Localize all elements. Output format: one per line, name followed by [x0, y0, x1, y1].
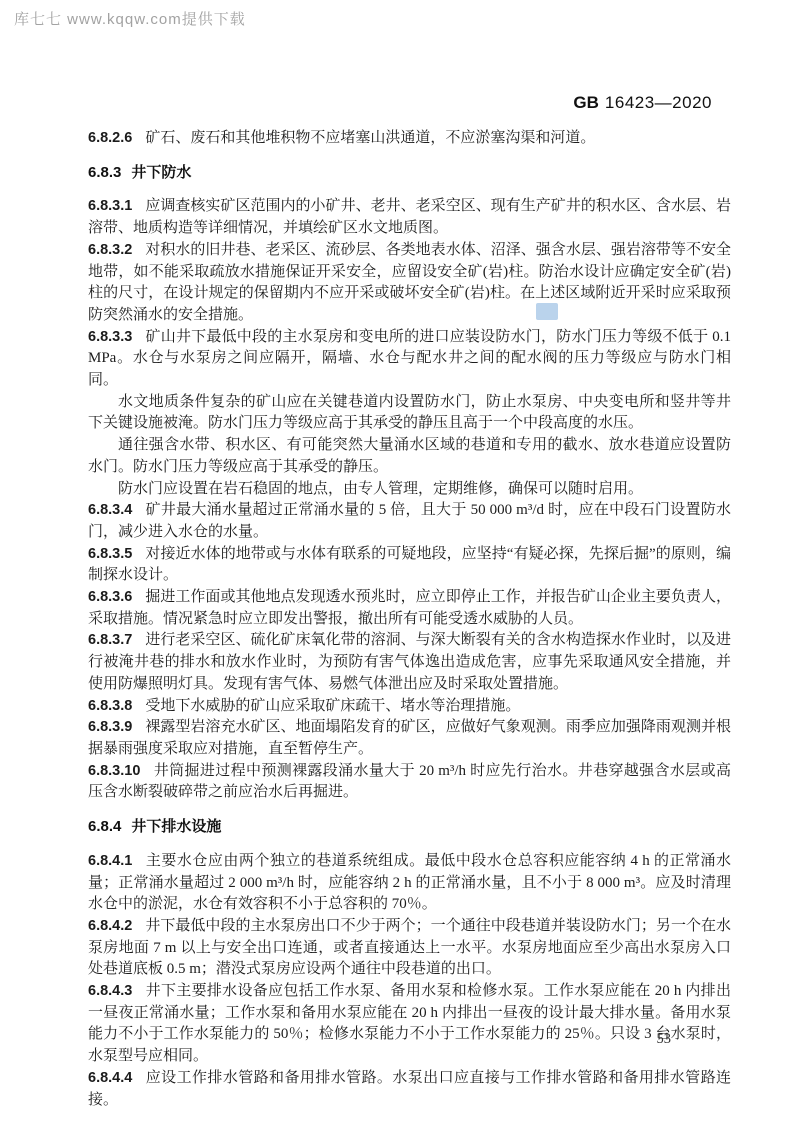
clause-6.8.4.4: 6.8.4.4应设工作排水管路和备用排水管路。水泵出口应直接与工作排水管路和备用… — [88, 1068, 731, 1111]
paragraph-water-doors-maintenance: 防水门应设置在岩石稳固的地点，由专人管理，定期维修，确保可以随时启用。 — [88, 479, 731, 501]
clause-number: 6.8.3.10 — [88, 763, 140, 779]
clause-6.8.3.9: 6.8.3.9裸露型岩溶充水矿区、地面塌陷发育的矿区，应做好气象观测。雨季应加强… — [88, 717, 731, 760]
clause-text: 裸露型岩溶充水矿区、地面塌陷发育的矿区，应做好气象观测。雨季应加强降雨观测并根据… — [88, 719, 731, 757]
section-heading-6.8.4: 6.8.4井下排水设施 — [88, 816, 731, 838]
section-heading-6.8.3: 6.8.3井下防水 — [88, 162, 731, 184]
paragraph-water-doors-key-tunnels: 水文地质条件复杂的矿山应在关键巷道内设置防水门，防止水泵房、中央变电所和竖井等井… — [88, 392, 731, 435]
clause-number: 6.8.4.3 — [88, 983, 132, 999]
clause-text: 掘进工作面或其他地点发现透水预兆时，应立即停止工作，并报告矿山企业主要负责人，采… — [88, 589, 731, 627]
clause-number: 6.8.2.6 — [88, 130, 132, 146]
clause-number: 6.8.3.9 — [88, 719, 132, 735]
clause-number: 6.8.4.4 — [88, 1070, 132, 1086]
clause-number: 6.8.3.5 — [88, 546, 132, 562]
clause-6.8.3.2: 6.8.3.2对积水的旧井巷、老采区、流砂层、各类地表水体、沼泽、强含水层、强岩… — [88, 240, 731, 327]
clause-6.8.3.5: 6.8.3.5对接近水体的地带或与水体有联系的可疑地段，应坚持“有疑必探，先探后… — [88, 544, 731, 587]
clause-number: 6.8.3.8 — [88, 698, 132, 714]
clause-text: 矿石、废石和其他堆积物不应堵塞山洪通道，不应淤塞沟渠和河道。 — [145, 130, 595, 146]
standard-header: GB16423—2020 — [573, 93, 712, 113]
clause-6.8.4.3: 6.8.4.3井下主要排水设备应包括工作水泵、备用水泵和检修水泵。工作水泵应能在… — [88, 981, 731, 1068]
clause-number: 6.8.3.7 — [88, 632, 132, 648]
clause-6.8.3.1: 6.8.3.1应调查核实矿区范围内的小矿井、老井、老采空区、现有生产矿井的积水区… — [88, 196, 731, 239]
clause-6.8.4.2: 6.8.4.2井下最低中段的主水泵房出口不少于两个；一个通往中段巷道并装设防水门… — [88, 916, 731, 981]
document-body: 6.8.2.6矿石、废石和其他堆积物不应堵塞山洪通道，不应淤塞沟渠和河道。 6.… — [88, 128, 731, 1111]
clause-text: 进行老采空区、硫化矿床氧化带的溶洞、与深大断裂有关的含水构造探水作业时，以及进行… — [88, 632, 731, 691]
clause-6.8.3.6: 6.8.3.6掘进工作面或其他地点发现透水预兆时，应立即停止工作，并报告矿山企业… — [88, 587, 731, 630]
paragraph-text: 防水门应设置在岩石稳固的地点，由专人管理，定期维修，确保可以随时启用。 — [118, 481, 643, 497]
paragraph-text: 通往强含水带、积水区、有可能突然大量涌水区域的巷道和专用的截水、放水巷道应设置防… — [88, 437, 731, 475]
heading-title: 井下防水 — [131, 164, 191, 181]
clause-text: 主要水仓应由两个独立的巷道系统组成。最低中段水仓总容积应能容纳 4 h 的正常涌… — [88, 853, 731, 912]
clause-6.8.3.4: 6.8.3.4矿井最大涌水量超过正常涌水量的 5 倍，且大于 50 000 m³… — [88, 500, 731, 543]
site-watermark-text: 库七七 www.kqqw.com提供下载 — [14, 8, 246, 29]
clause-text: 应调查核实矿区范围内的小矿井、老井、老采空区、现有生产矿井的积水区、含水层、岩溶… — [88, 198, 731, 236]
paragraph-water-doors-inflow-areas: 通往强含水带、积水区、有可能突然大量涌水区域的巷道和专用的截水、放水巷道应设置防… — [88, 435, 731, 478]
standard-number: 16423—2020 — [605, 93, 712, 112]
heading-number: 6.8.4 — [88, 818, 121, 835]
clause-number: 6.8.3.6 — [88, 589, 132, 605]
clause-number: 6.8.4.2 — [88, 918, 132, 934]
document-page: 库七七 www.kqqw.com提供下载 GB16423—2020 6.8.2.… — [0, 0, 793, 1122]
clause-text: 井下主要排水设备应包括工作水泵、备用水泵和检修水泵。工作水泵应能在 20 h 内… — [88, 983, 731, 1064]
clause-6.8.3.7: 6.8.3.7进行老采空区、硫化矿床氧化带的溶洞、与深大断裂有关的含水构造探水作… — [88, 630, 731, 695]
clause-number: 6.8.3.3 — [88, 329, 132, 345]
heading-number: 6.8.3 — [88, 164, 121, 181]
clause-number: 6.8.3.1 — [88, 198, 132, 214]
clause-number: 6.8.4.1 — [88, 853, 132, 869]
clause-text: 井下最低中段的主水泵房出口不少于两个；一个通往中段巷道并装设防水门；另一个在水泵… — [88, 918, 731, 977]
clause-text: 矿山井下最低中段的主水泵房和变电所的进口应装设防水门，防水门压力等级不低于 0.… — [88, 329, 731, 388]
clause-6.8.3.8: 6.8.3.8受地下水威胁的矿山应采取矿床疏干、堵水等治理措施。 — [88, 696, 731, 718]
clause-6.8.4.1: 6.8.4.1主要水仓应由两个独立的巷道系统组成。最低中段水仓总容积应能容纳 4… — [88, 851, 731, 916]
clause-6.8.2.6: 6.8.2.6矿石、废石和其他堆积物不应堵塞山洪通道，不应淤塞沟渠和河道。 — [88, 128, 731, 150]
clause-6.8.3.3: 6.8.3.3矿山井下最低中段的主水泵房和变电所的进口应装设防水门，防水门压力等… — [88, 327, 731, 392]
clause-text: 应设工作排水管路和备用排水管路。水泵出口应直接与工作排水管路和备用排水管路连接。 — [88, 1070, 731, 1108]
clause-text: 对积水的旧井巷、老采区、流砂层、各类地表水体、沼泽、强含水层、强岩溶带等不安全地… — [88, 242, 731, 323]
clause-text: 矿井最大涌水量超过正常涌水量的 5 倍，且大于 50 000 m³/d 时，应在… — [88, 502, 731, 540]
clause-text: 受地下水威胁的矿山应采取矿床疏干、堵水等治理措施。 — [145, 698, 520, 714]
page-number: 53 — [657, 1031, 672, 1048]
paragraph-text: 水文地质条件复杂的矿山应在关键巷道内设置防水门，防止水泵房、中央变电所和竖井等井… — [88, 394, 731, 432]
heading-title: 井下排水设施 — [131, 818, 221, 835]
clause-text: 井筒掘进过程中预测裸露段涌水量大于 20 m³/h 时应先行治水。井巷穿越强含水… — [88, 763, 731, 801]
clause-number: 6.8.3.4 — [88, 502, 132, 518]
clause-number: 6.8.3.2 — [88, 242, 132, 258]
standard-prefix: GB — [573, 93, 599, 112]
clause-text: 对接近水体的地带或与水体有联系的可疑地段，应坚持“有疑必探，先探后掘”的原则，编… — [88, 546, 731, 584]
clause-6.8.3.10: 6.8.3.10井筒掘进过程中预测裸露段涌水量大于 20 m³/h 时应先行治水… — [88, 761, 731, 804]
